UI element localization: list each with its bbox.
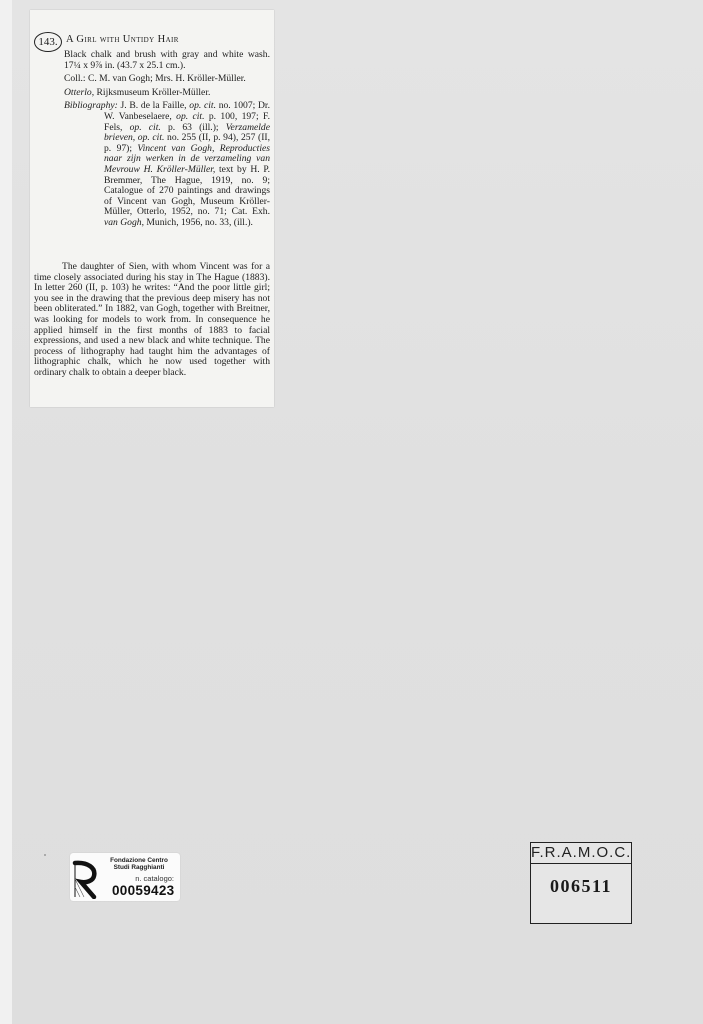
artwork-title: A Girl with Untidy Hair: [66, 35, 179, 46]
bibliography-label: Bibliography:: [64, 100, 118, 111]
label-organization: Fondazione Centro Studi Ragghianti: [100, 857, 178, 872]
ragghianti-r-logo-icon: [72, 859, 98, 899]
collection-history: Coll.: C. M. van Gogh; Mrs. H. Kröller-M…: [64, 74, 270, 85]
label-org-line2: Studi Ragghianti: [100, 864, 178, 871]
bibliography-segment: Munich, 1956, no. 33, (ill.).: [144, 217, 253, 228]
location-city: Otterlo,: [64, 87, 94, 98]
scan-mark: [44, 854, 46, 856]
bibliography-segment: van Gogh,: [104, 217, 144, 228]
catalog-clipping: 143. A Girl with Untidy Hair Black chalk…: [30, 10, 274, 407]
bibliography-segment: p. 63 (ill.);: [161, 122, 226, 133]
medium-dimensions: Black chalk and brush with gray and whit…: [64, 50, 270, 71]
narrative-text: The daughter of Sien, with whom Vincent …: [34, 262, 270, 379]
location-museum: Rijksmuseum Kröller-Müller.: [94, 87, 210, 98]
bibliography-segment: op. cit.: [176, 111, 204, 122]
stamp-header: F.R.A.M.O.C.: [531, 843, 631, 864]
label-org-line1: Fondazione Centro: [100, 857, 178, 864]
left-margin-strip: [0, 0, 12, 1024]
framoc-stamp: F.R.A.M.O.C. 006511: [530, 842, 632, 924]
bibliography-segment: op. cit.: [130, 122, 161, 133]
label-catalog-caption: n. catalogo:: [135, 874, 174, 883]
bibliography-segment: J. B. de la Faille,: [118, 100, 189, 111]
bibliography: Bibliography: J. B. de la Faille, op. ci…: [64, 101, 270, 228]
narrative-section: The daughter of Sien, with whom Vincent …: [34, 262, 270, 379]
catalog-label-sticker: Fondazione Centro Studi Ragghianti n. ca…: [70, 853, 180, 901]
entry-details: Black chalk and brush with gray and whit…: [64, 50, 270, 232]
catalog-number-circled: 143.: [34, 32, 62, 52]
location: Otterlo, Rijksmuseum Kröller-Müller.: [64, 88, 270, 99]
stamp-number: 006511: [531, 876, 631, 897]
label-catalog-number: 00059423: [112, 883, 174, 898]
bibliography-segment: op. cit.: [189, 100, 216, 111]
